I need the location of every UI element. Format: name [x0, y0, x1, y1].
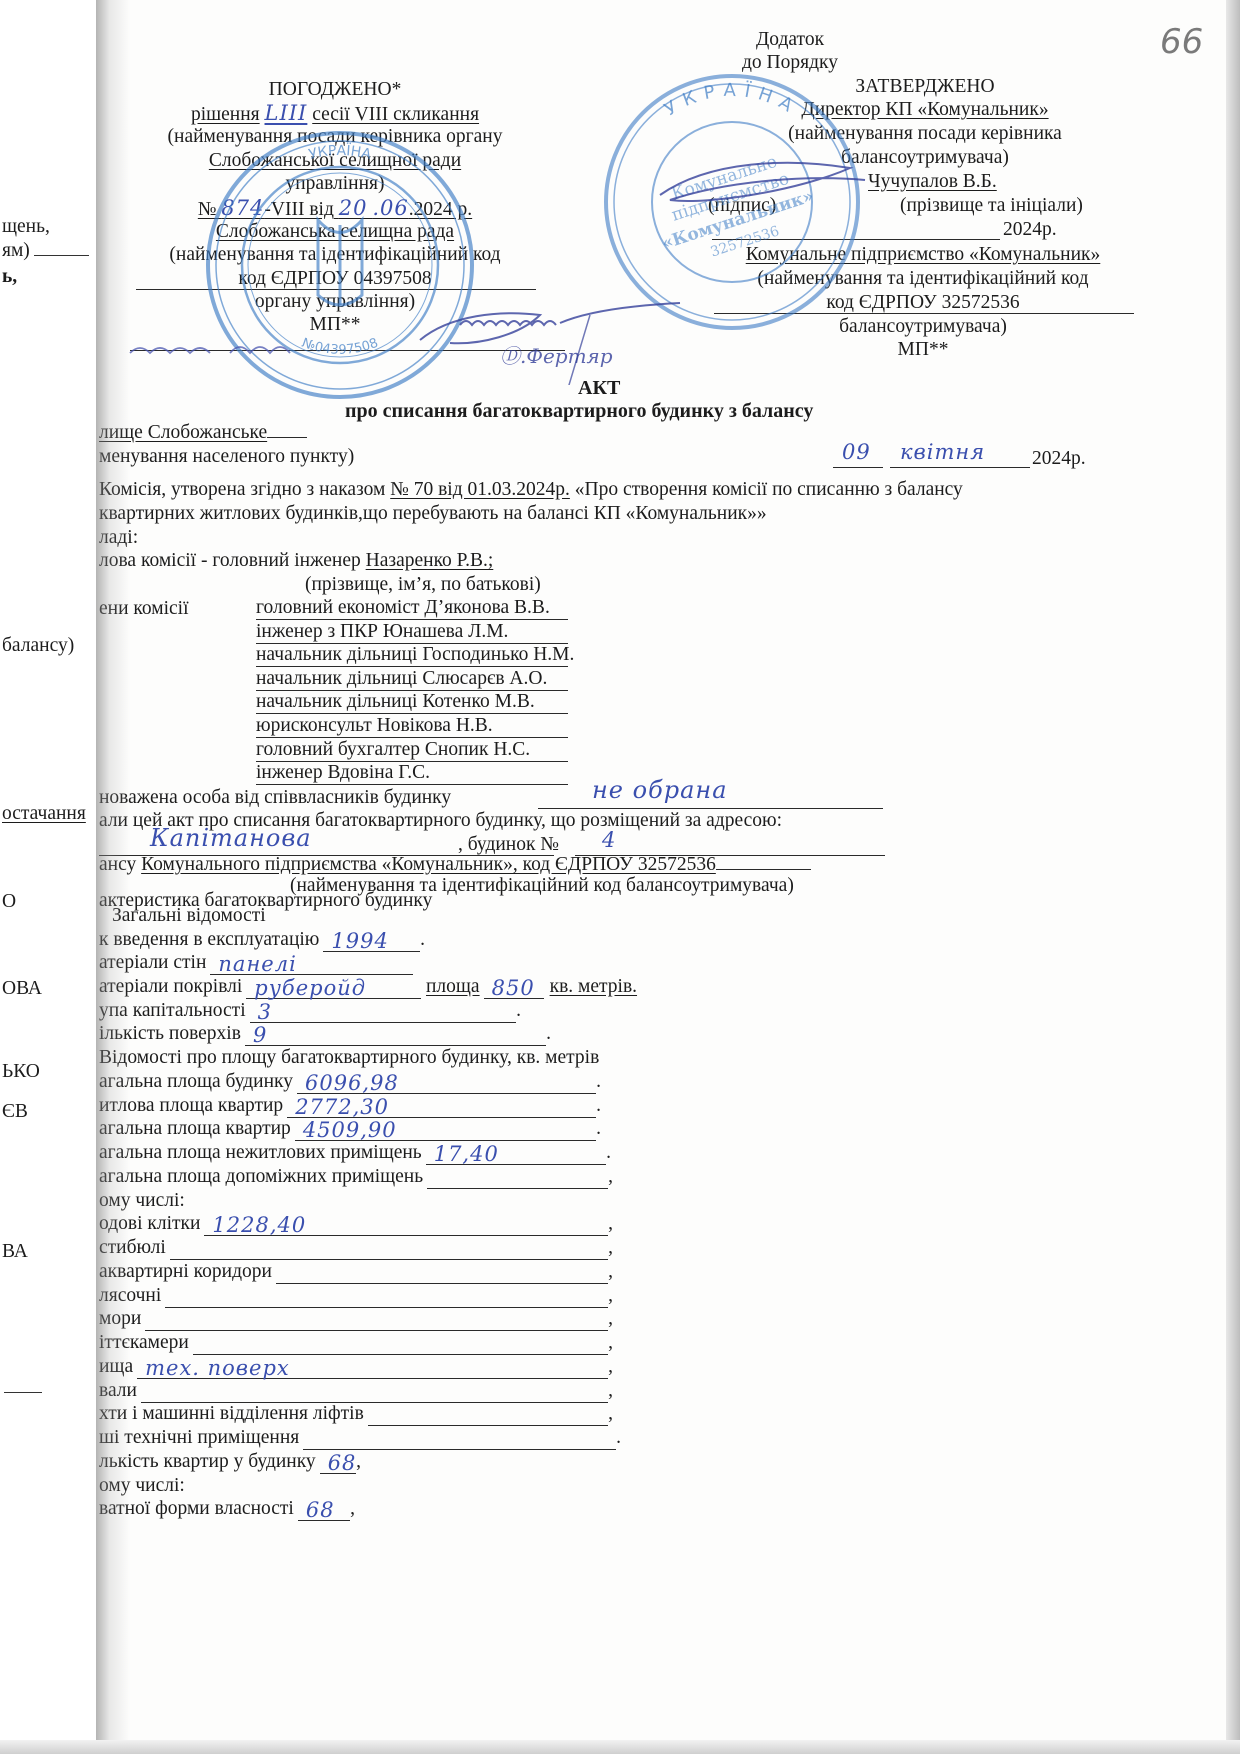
svg-text:Ⓓ.Фертяр: Ⓓ.Фертяр — [500, 344, 613, 368]
commission-head: лова комісії - головний інженер Назаренк… — [99, 549, 493, 573]
decision-month-handwritten: .06 — [372, 196, 408, 220]
year-commissioned-field: к введення в експлуатацію1994. — [99, 928, 425, 952]
adjacent-page-fragment: ВА — [2, 1240, 28, 1264]
act-year: 2024р. — [1032, 447, 1086, 471]
storerooms-field: мори, — [99, 1307, 613, 1331]
commission-member: інженер з ПКР Юнашева Л.М. — [256, 621, 568, 644]
total-area-field: агальна площа будинку6096,98. — [99, 1070, 601, 1094]
session-number-handwritten: LIII — [265, 101, 308, 125]
commission-head-name: Назаренко Р.В.; — [366, 550, 494, 571]
act-month-handwritten: квітня — [900, 440, 985, 464]
position-caption-2: балансоутримувача) — [760, 146, 1090, 170]
corridors-field: аквартирні коридори, — [99, 1260, 613, 1284]
decision-number-handwritten: 874 — [221, 196, 264, 220]
area-heading: Відомості про площу багатоквартирного бу… — [99, 1046, 599, 1070]
adjacent-page-fragment: О — [2, 890, 16, 914]
council-code: код ЄДРПОУ 04397508 — [140, 267, 530, 291]
company-caption: (найменування та ідентифікаційний код — [712, 267, 1134, 291]
stamp-mark-left: МП** — [140, 313, 530, 337]
commission-member: інженер Вдовіна Г.С. — [256, 762, 568, 785]
apartments-count-field: лькість квартир у будинку68, — [99, 1450, 361, 1474]
attic-field: ищатех. поверх, — [99, 1355, 613, 1379]
floors-field: ількість поверхів9. — [99, 1022, 551, 1046]
council-name: Слобожанської селищної ради — [140, 149, 530, 173]
adjacent-page-fragment: ям) — [2, 239, 89, 263]
page-number: 66 — [1160, 22, 1203, 62]
act-month-line — [890, 467, 1030, 468]
nonresidential-area-field: агальна площа нежитлових приміщень17,40. — [99, 1141, 611, 1165]
council-org-caption: (найменування та ідентифікаційний код — [140, 243, 530, 267]
signature-caption: (підпис) — [708, 194, 776, 218]
scan-right-edge — [1226, 0, 1240, 1754]
page-fold-shadow — [96, 0, 130, 1740]
stamp-mark-right: МП** — [712, 338, 1134, 362]
owner-representative-label: новажена особа від співвласників будинку — [99, 786, 451, 810]
commission-intro: Комісія, утворена згідно з наказом № 70 … — [99, 478, 963, 502]
approval-date-line — [712, 239, 1000, 240]
council-org-caption-2: органу управління) — [140, 290, 530, 314]
svg-text:№04397508: №04397508 — [300, 336, 381, 358]
settlement-caption: менування населеного пункту) — [99, 445, 354, 469]
adjacent-page-rule — [4, 1392, 42, 1393]
private-ownership-field: ватної форми власності68, — [99, 1497, 355, 1521]
council-caption: (найменування посади керівника органу — [140, 125, 530, 149]
director-position: Директор КП «Комунальник» — [760, 98, 1090, 122]
adjacent-page-fragment: ь, — [2, 265, 17, 289]
commission-member: начальник дільниці Слюсарєв А.О. — [256, 668, 568, 691]
decision-number: № 874-VIII від 20 .06.2024 р. — [140, 196, 530, 222]
roof-materials-field: атеріали покрівліруберойд — [99, 975, 421, 999]
basements-field: вали, — [99, 1379, 613, 1403]
settlement-name: лище Слобожанське — [99, 421, 307, 445]
position-caption: (найменування посади керівника — [760, 122, 1090, 146]
auxiliary-area-field: агальна площа допоміжних приміщень, — [99, 1165, 613, 1189]
adjacent-page-fragment: балансу) — [2, 634, 74, 658]
agreed-heading: ПОГОДЖЕНО* — [140, 78, 530, 102]
garbage-rooms-field: іттєкамери, — [99, 1331, 613, 1355]
commission-head-caption: (прізвище, ім’я, по батькові) — [305, 573, 541, 597]
adjacent-page-fragment: остачання — [2, 802, 86, 826]
stairwells-field: одові клітки1228,40, — [99, 1212, 613, 1236]
stroller-rooms-field: лясочні, — [99, 1284, 613, 1308]
wall-materials-field: атеріали стінпанелі — [99, 951, 413, 975]
capital-group-field: упа капітальності3. — [99, 999, 521, 1023]
council-caption-2: управління) — [140, 172, 530, 196]
commission-member: начальник дільниці Господинько Н.М. — [256, 644, 568, 667]
company-name: Комунальне підприємство «Комунальник» — [712, 243, 1134, 267]
street-handwritten: Капітанова — [150, 826, 312, 850]
council-org-name: Слобожанська селищна рада — [140, 220, 530, 244]
roof-area-field: площа850кв. метрів. — [426, 975, 636, 999]
adjacent-page-fragment: щень, — [2, 215, 50, 239]
owner-representative-handwritten: не обрана — [592, 778, 728, 802]
approved-heading: ЗАТВЕРДЖЕНО — [760, 75, 1090, 99]
adjacent-page-fragment: ОВА — [2, 977, 42, 1001]
adjacent-page-strip: щень, ям) ь, балансу) остачання О ОВА ЬК… — [0, 0, 96, 1740]
commission-member: юрисконсульт Новікова Н.В. — [256, 715, 568, 738]
commission-member: головний економіст Д’яконова В.В. — [256, 597, 568, 620]
to-order-label: до Порядку — [742, 51, 838, 75]
general-info-heading: Загальні відомості — [112, 904, 266, 928]
act-day-handwritten: 09 — [842, 440, 871, 464]
order-reference: № 70 від 01.03.2024р. — [390, 479, 570, 500]
elevator-shafts-field: хти і машинні відділення ліфтів, — [99, 1402, 613, 1426]
council-decision: рішення LIII сесії VIII скликання — [140, 101, 530, 127]
apartments-area-field: агальна площа квартир4509,90. — [99, 1117, 601, 1141]
decision-day-handwritten: 20 — [339, 196, 368, 220]
scan-bottom-edge — [0, 1740, 1240, 1754]
adjacent-page-fragment: ЬКО — [2, 1060, 40, 1084]
director-name: Чучупалов В.Б. — [868, 170, 997, 194]
company-caption-2: балансоутримувача) — [712, 315, 1134, 339]
living-area-field: итлова площа квартир2772,30. — [99, 1094, 601, 1118]
house-number-handwritten: 4 — [602, 828, 616, 852]
act-title: АКТ — [578, 376, 620, 400]
appendix-label: Додаток — [756, 28, 824, 52]
commission-intro-2: квартирних житлових будинків,що перебува… — [99, 502, 767, 526]
act-day-line — [833, 467, 883, 468]
act-subtitle: про списання багатоквартирного будинку з… — [345, 399, 813, 423]
name-caption: (прізвище та ініціали) — [900, 194, 1083, 218]
adjacent-page-fragment: ЄВ — [2, 1100, 28, 1124]
vestibules-field: стибюлі, — [99, 1236, 613, 1260]
company-code: код ЄДРПОУ 32572536 — [712, 291, 1134, 315]
technical-rooms-field: ші технічні приміщення. — [99, 1426, 621, 1450]
approval-year: 2024р. — [1003, 218, 1057, 242]
commission-member: начальник дільниці Котенко М.В. — [256, 691, 568, 714]
council-signature-line — [130, 350, 565, 351]
commission-member: головний бухгалтер Снопик Н.С. — [256, 739, 568, 762]
